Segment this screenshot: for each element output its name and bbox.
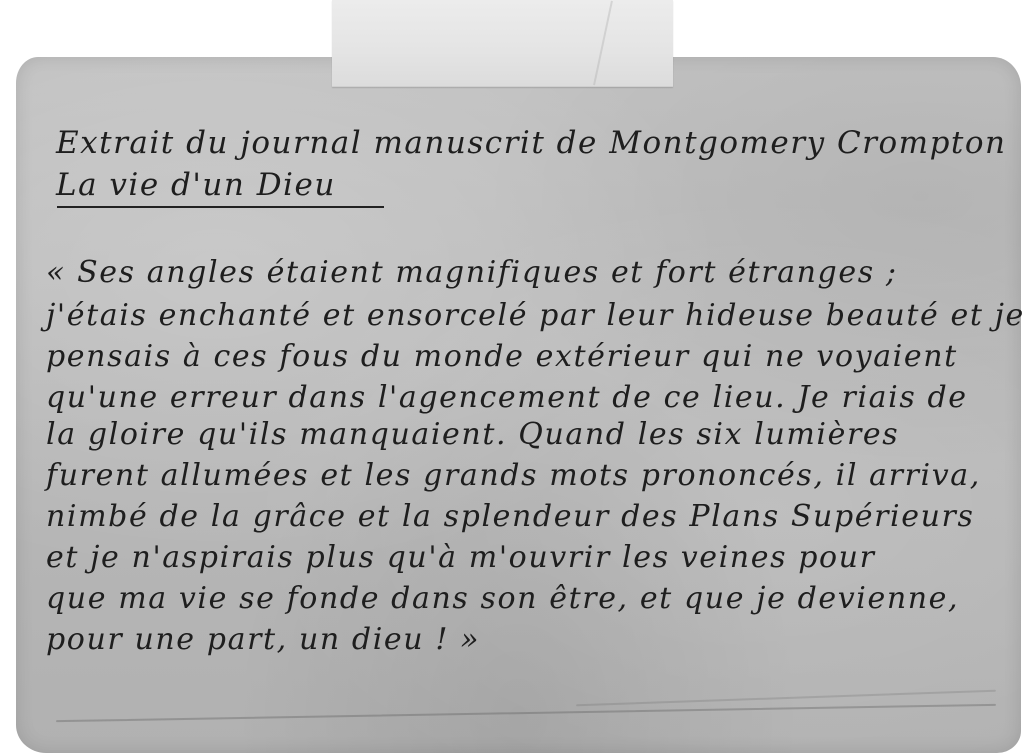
- quote-line: « Ses angles étaient magnifiques et fort…: [46, 258, 898, 288]
- quote-line: la gloire qu'ils manquaient. Quand les s…: [46, 420, 899, 450]
- heading-subtitle: La vie d'un Dieu: [56, 170, 336, 201]
- quote-line: que ma vie se fonde dans son être, et qu…: [46, 584, 959, 614]
- quote-line: pour une part, un dieu ! »: [46, 625, 480, 655]
- quote-line: et je n'aspirais plus qu'à m'ouvrir les …: [46, 543, 876, 573]
- heading-underline: [57, 206, 384, 208]
- quote-line: j'étais enchanté et ensorcelé par leur h…: [46, 301, 1024, 331]
- quote-line: nimbé de la grâce et la splendeur des Pl…: [46, 502, 974, 532]
- quote-line: qu'une erreur dans l'agencement de ce li…: [46, 383, 968, 413]
- heading-title: Extrait du journal manuscrit de Montgome…: [56, 128, 1007, 159]
- quote-line: furent allumées et les grands mots prono…: [46, 461, 981, 491]
- handwritten-text: Extrait du journal manuscrit de Montgome…: [0, 0, 1024, 755]
- quote-line: pensais à ces fous du monde extérieur qu…: [46, 342, 958, 372]
